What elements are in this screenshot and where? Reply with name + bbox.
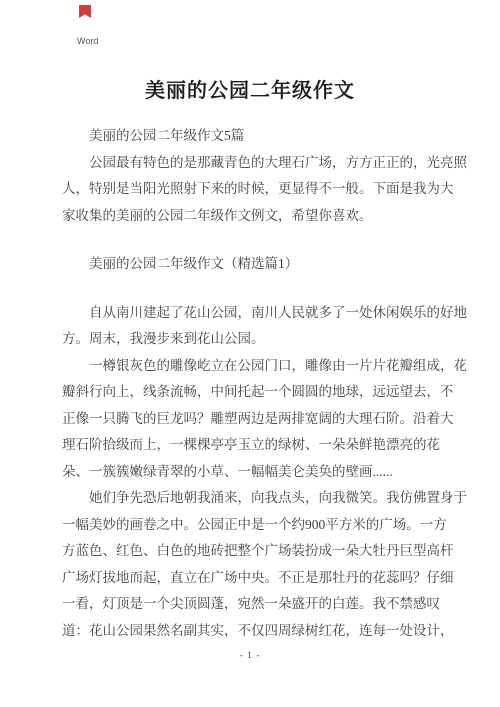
text-line: 方蓝色、红色、白色的地砖把整个广场装扮成一朵大牡丹巨型高杆 <box>62 538 440 565</box>
text-line: 公园最有特色的是那藏青色的大理石广场，方方正正的，光亮照 <box>62 150 440 177</box>
text-line: 一看，灯顶是一个尖顶圆蓬，宛然一朵盛开的白莲。我不禁感叹 <box>62 591 440 618</box>
text-line: 美丽的公园二年级作文5篇 <box>62 123 440 150</box>
text-line: 瓣斜行向上，线条流畅，中间托起一个圆圆的地球，远远望去，不 <box>62 379 440 406</box>
text-line: 正像一只腾飞的巨龙吗？雕塑两边是两排宽阔的大理石阶。沿着大 <box>62 406 440 433</box>
paragraph: 她们争先恐后地朝我涌来，向我点头，向我微笑。我仿佛置身于一幅美妙的画卷之中。公园… <box>62 485 440 644</box>
word-brand-icon <box>79 5 91 18</box>
document-body: 美丽的公园二年级作文5篇公园最有特色的是那藏青色的大理石广场，方方正正的，光亮照… <box>62 123 440 644</box>
text-line: 广场灯拔地而起，直立在广场中央。不正是那牡丹的花蕊吗？仔细 <box>62 565 440 592</box>
text-line: 道：花山公园果然名副其实，不仅四周绿树红花，连每一处设计， <box>62 618 440 645</box>
word-label: Word <box>77 36 98 47</box>
text-line: 人，特别是当阳光照射下来的时候，更显得不一般。下面是我为大 <box>62 176 440 203</box>
text-line: 家收集的美丽的公园二年级作文例文，希望你喜欢。 <box>62 203 440 230</box>
paragraph: 美丽的公园二年级作文5篇 <box>62 123 440 150</box>
paragraph: 一樽银灰色的雕像屹立在公园门口，雕像由一片片花瓣组成，花瓣斜行向上，线条流畅，中… <box>62 353 440 486</box>
text-line: 方。周末，我漫步来到花山公园。 <box>62 326 440 353</box>
document-title: 美丽的公园二年级作文 <box>0 79 500 104</box>
text-line: 一樽银灰色的雕像屹立在公园门口，雕像由一片片花瓣组成，花 <box>62 353 440 380</box>
paragraph: 自从南川建起了花山公园，南川人民就多了一处休闲娱乐的好地方。周末，我漫步来到花山… <box>62 300 440 353</box>
text-line: 自从南川建起了花山公园，南川人民就多了一处休闲娱乐的好地 <box>62 300 440 327</box>
paragraph: 美丽的公园二年级作文（精选篇1） <box>62 251 440 278</box>
text-line: 一幅美妙的画卷之中。公园正中是一个约900平方米的广场。一方 <box>62 512 440 539</box>
document-page: Word 美丽的公园二年级作文 美丽的公园二年级作文5篇公园最有特色的是那藏青色… <box>0 0 500 707</box>
text-line: 她们争先恐后地朝我涌来，向我点头，向我微笑。我仿佛置身于 <box>62 485 440 512</box>
text-line: 美丽的公园二年级作文（精选篇1） <box>62 251 440 278</box>
text-line: 理石阶拾级而上，一棵棵亭亭玉立的绿树、一朵朵鲜艳漂亮的花 <box>62 432 440 459</box>
text-line: 朵、一簇簇嫩绿青翠的小草、一幅幅美仑美奂的壁画...... <box>62 459 440 486</box>
paragraph: 公园最有特色的是那藏青色的大理石广场，方方正正的，光亮照人，特别是当阳光照射下来… <box>62 150 440 230</box>
page-number: - 1 - <box>0 651 500 667</box>
